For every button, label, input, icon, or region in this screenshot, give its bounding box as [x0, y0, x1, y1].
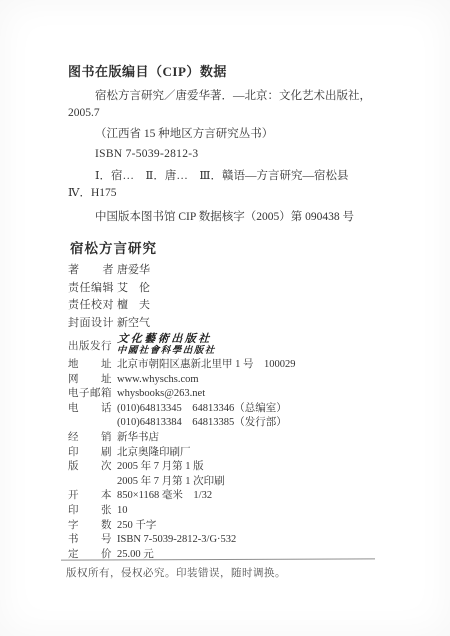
colophon-row-printer: 印 刷 北京奥隆印刷厂 [68, 446, 400, 461]
field-label: 网 址 [68, 373, 117, 388]
field-label: 印 刷 [68, 446, 117, 461]
colophon-row-distributor: 经 销 新华书店 [68, 431, 400, 446]
colophon-row-email: 电子邮箱 whysbooks@263.net [68, 387, 400, 402]
publisher-logo-line-2: 中國社會科學出版社 [116, 346, 216, 357]
publisher-logo: 文化藝術出版社 中國社會科學出版社 [116, 334, 216, 357]
copyright-page: 图书在版编目（CIP）数据 宿松方言研究／唐爱华著．—北京：文化艺术出版社， 2… [0, 0, 450, 636]
colophon-row-address: 地 址 北京市朝阳区惠新北里甲 1 号 100029 [68, 358, 400, 373]
colophon-row-edition-2: 2005 年 7 月第 1 次印刷 [68, 475, 400, 490]
field-value: 檀 夫 [117, 297, 150, 315]
colophon-row-format: 开 本 850×1168 毫米 1/32 [68, 489, 400, 504]
colophon-staff-rows: 著 者 唐爱华 责任编辑 艾 伦 责任校对 檀 夫 封面设计 新空气 [68, 262, 400, 332]
field-label: 书 号 [68, 533, 117, 548]
field-label: 电 话 [68, 402, 117, 417]
colophon-row-sheets: 印 张 10 [68, 504, 400, 519]
cip-class-line-1: Ⅰ．宿… Ⅱ．唐… Ⅲ．赣语—方言研究—宿松县 [95, 168, 400, 185]
colophon-row-phone-2: (010)64813384 64813385（发行部） [68, 416, 400, 431]
field-label: 版 次 [68, 460, 117, 475]
colophon-row-author: 著 者 唐爱华 [68, 262, 400, 280]
colophon-row-website: 网 址 www.whyschs.com [68, 373, 400, 388]
publisher-logo-line-1: 文化藝術出版社 [117, 334, 217, 345]
field-label: 电子邮箱 [68, 387, 117, 402]
field-label: 印 张 [68, 504, 117, 519]
colophon-row-edition-1: 版 次 2005 年 7 月第 1 版 [68, 460, 400, 475]
field-value: 北京奥隆印刷厂 [117, 446, 191, 461]
colophon-row-editor: 责任编辑 艾 伦 [68, 280, 400, 298]
cip-title-line: 宿松方言研究／唐爱华著．—北京：文化艺术出版社， [95, 88, 400, 105]
field-value: 新空气 [117, 315, 150, 333]
colophon-row-cover-design: 封面设计 新空气 [68, 315, 400, 333]
field-label: 地 址 [68, 358, 117, 373]
cip-heading: 图书在版编目（CIP）数据 [68, 64, 400, 80]
field-value: 850×1168 毫米 1/32 [117, 489, 212, 504]
field-value: 唐爱华 [117, 262, 150, 280]
colophon-row-word-count: 字 数 250 千字 [68, 519, 400, 534]
field-label: 字 数 [68, 519, 117, 534]
field-value: whysbooks@263.net [117, 387, 205, 402]
field-value: 2005 年 7 月第 1 版 [117, 460, 204, 475]
field-value: www.whyschs.com [117, 373, 199, 388]
field-value: ISBN 7-5039-2812-3/G·532 [117, 533, 236, 548]
colophon-detail-rows: 地 址 北京市朝阳区惠新北里甲 1 号 100029 网 址 www.whysc… [68, 358, 400, 562]
book-title: 宿松方言研究 [70, 240, 400, 258]
field-value: 新华书店 [117, 431, 159, 446]
field-value: 艾 伦 [117, 280, 150, 298]
field-label: 开 本 [68, 489, 117, 504]
field-value: (010)64813384 64813385（发行部） [117, 416, 287, 431]
cip-class-line-2: Ⅳ．H175 [68, 185, 400, 202]
publisher-row: 出版发行 文化藝術出版社 中國社會科學出版社 [68, 334, 400, 356]
copyright-notice: 版权所有，侵权必究。印装错误，随时调换。 [66, 565, 286, 580]
field-label: 责任校对 [68, 297, 117, 315]
colophon-row-proofreader: 责任校对 檀 夫 [68, 297, 400, 315]
cip-year-line: 2005.7 [68, 105, 400, 122]
cip-isbn-line: ISBN 7-5039-2812-3 [95, 146, 400, 163]
cip-block: 图书在版编目（CIP）数据 宿松方言研究／唐爱华著．—北京：文化艺术出版社， 2… [68, 64, 400, 226]
field-label: 责任编辑 [68, 280, 117, 298]
colophon-row-book-number: 书 号 ISBN 7-5039-2812-3/G·532 [68, 533, 400, 548]
field-value: 2005 年 7 月第 1 次印刷 [117, 475, 225, 490]
field-value: 北京市朝阳区惠新北里甲 1 号 100029 [117, 358, 296, 373]
cip-series-line: （江西省 15 种地区方言研究丛书） [95, 126, 400, 143]
field-label: 出版发行 [68, 338, 117, 353]
cip-registry-line: 中国版本图书馆 CIP 数据核字（2005）第 090438 号 [95, 209, 400, 226]
field-label: 封面设计 [68, 315, 117, 333]
field-label: 经 销 [68, 431, 117, 446]
field-label: 著 者 [68, 262, 117, 280]
field-value: (010)64813345 64813346（总编室） [117, 402, 287, 417]
field-value: 250 千字 [117, 519, 156, 534]
field-value: 10 [117, 504, 128, 519]
colophon-row-phone-1: 电 话 (010)64813345 64813346（总编室） [68, 402, 400, 417]
